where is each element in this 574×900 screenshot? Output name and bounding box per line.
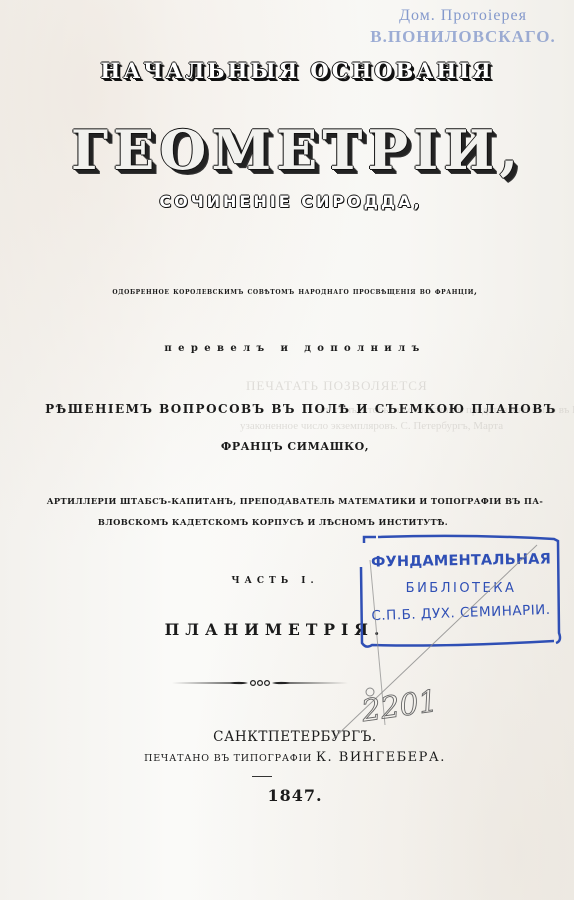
bleed-through-line3: узаконенное число экземпляровъ. С. Петер… bbox=[240, 420, 503, 432]
city: САНКТПЕТЕРБУРГЪ. bbox=[0, 729, 574, 745]
author-name: ФРАНЦЪ СИМАШКО, bbox=[0, 440, 574, 453]
owner-stamp-line2: В.ПОНИЛОВСКАГО. bbox=[352, 26, 574, 48]
author-credentials-line2: ВЛОВСКОМЪ КАДЕТСКОМЪ КОРПУСѢ И ЛѢСНОМЪ И… bbox=[0, 517, 560, 527]
book-title: ГЕОМЕТРІИ, bbox=[0, 118, 574, 182]
author-credentials-line1: АРТИЛЛЕРІИ ШТАБСЪ-КАПИТАНЪ, ПРЕПОДАВАТЕЛ… bbox=[0, 496, 574, 506]
headline: Начальныя основанія bbox=[0, 58, 574, 83]
inventory-number: 2201 bbox=[358, 684, 439, 729]
publication-year: 1847. bbox=[0, 786, 574, 805]
library-stamp-line2: БИБЛІОТЕКА bbox=[358, 581, 564, 596]
divider bbox=[252, 776, 272, 777]
translator-line: перевелъ и дополнилъ bbox=[0, 343, 574, 354]
printer-line: ПЕЧАТАНО ВЪ ТИПОГРАФІИ К. ВИНГЕБЕРА. bbox=[0, 750, 574, 765]
library-stamp: ФУНДАМЕНТАЛЬНАЯ БИБЛІОТЕКА С.П.Б. ДУХ. С… bbox=[358, 533, 564, 651]
ornamental-rule-icon bbox=[170, 678, 350, 688]
owner-stamp-line1: Дом. Протоіерея bbox=[352, 6, 574, 26]
printer-name: К. ВИНГЕБЕРА. bbox=[316, 750, 446, 765]
title-page: Дом. Протоіерея В.ПОНИЛОВСКАГО. Начальны… bbox=[0, 0, 574, 900]
solutions-line: РѢШЕНІЕМЪ ВОПРОСОВЪ ВЪ ПОЛѢ И СЪЕМКОЮ ПЛ… bbox=[0, 402, 574, 416]
subtitle: СОЧИНЕНІЕ СИРОДДА, bbox=[0, 192, 574, 211]
printer-prefix: ПЕЧАТАНО ВЪ ТИПОГРАФІИ bbox=[144, 753, 312, 764]
bleed-through-line1: ПЕЧАТАТЬ ПОЗВОЛЯЕТСЯ bbox=[246, 378, 428, 394]
approval-line: одобренное королевскимъ совѣтомъ народна… bbox=[0, 287, 574, 297]
owner-stamp: Дом. Протоіерея В.ПОНИЛОВСКАГО. bbox=[352, 6, 574, 48]
